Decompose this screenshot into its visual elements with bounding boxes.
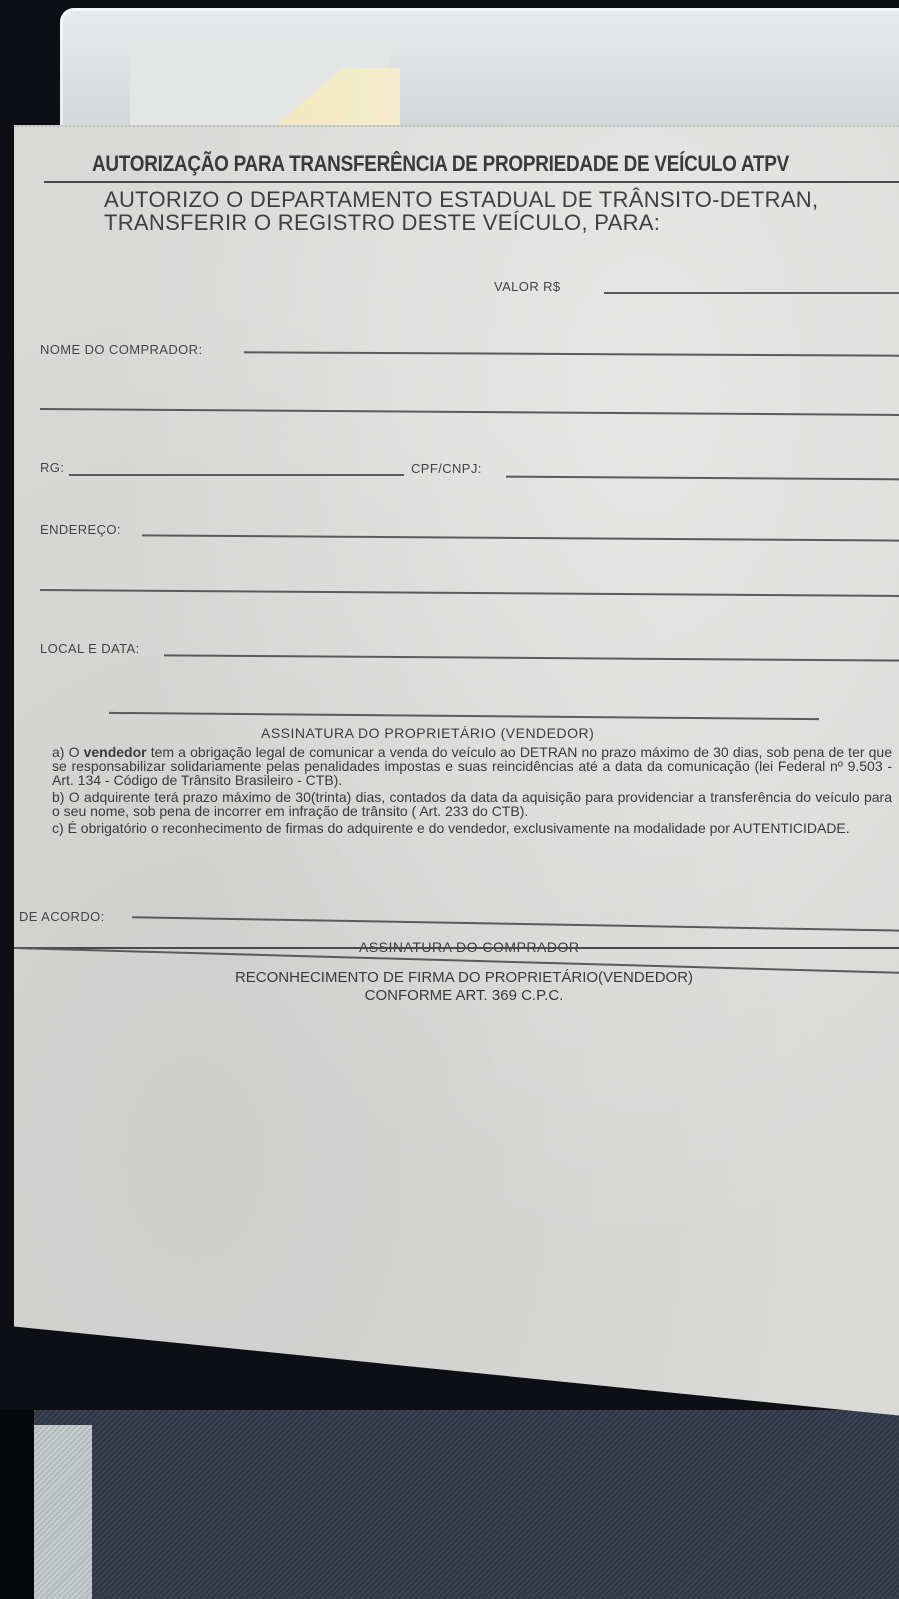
seller-signature-line[interactable] <box>109 712 819 720</box>
address-label: ENDEREÇO: <box>40 522 121 537</box>
form-title: AUTORIZAÇÃO PARA TRANSFERÊNCIA DE PROPRI… <box>92 151 789 177</box>
light-fabric-strip <box>34 1425 92 1599</box>
notary-recognition-box <box>12 947 899 1419</box>
rg-field[interactable] <box>69 474 404 476</box>
rg-label: RG: <box>40 460 64 475</box>
note-b: b) O adquirente terá prazo máximo de 30(… <box>52 790 892 818</box>
de-acordo-label: DE ACORDO: <box>19 909 105 924</box>
title-divider <box>44 181 899 183</box>
note-c: c) É obrigatório o reconhecimento de fir… <box>52 821 892 835</box>
place-date-label: LOCAL E DATA: <box>40 641 140 656</box>
address-field[interactable] <box>142 534 899 541</box>
buyer-name-label: NOME DO COMPRADOR: <box>40 342 202 357</box>
buyer-signature-line[interactable] <box>132 916 899 931</box>
valor-field[interactable] <box>604 292 899 294</box>
dark-background-edge <box>0 1410 34 1599</box>
address-field-line-2[interactable] <box>40 589 899 597</box>
atpv-form: AUTORIZAÇÃO PARA TRANSFERÊNCIA DE PROPRI… <box>14 125 899 1417</box>
place-date-field[interactable] <box>164 654 899 661</box>
buyer-name-field[interactable] <box>244 351 899 356</box>
cpf-cnpj-label: CPF/CNPJ: <box>411 461 482 476</box>
notary-box-title-line-2: CONFORME ART. 369 C.P.C. <box>84 987 844 1004</box>
valor-label: VALOR R$ <box>494 279 561 294</box>
buyer-name-field-line-2[interactable] <box>40 408 899 416</box>
legal-notes: a) O vendedor tem a obrigação legal de c… <box>52 745 892 838</box>
cpf-cnpj-field[interactable] <box>506 476 899 480</box>
note-a: a) O vendedor tem a obrigação legal de c… <box>52 745 892 787</box>
seller-signature-caption: ASSINATURA DO PROPRIETÁRIO (VENDEDOR) <box>261 725 594 741</box>
notary-box-title-line-1: RECONHECIMENTO DE FIRMA DO PROPRIETÁRIO(… <box>84 969 844 986</box>
denim-background <box>0 1410 899 1599</box>
authorization-line-2: TRANSFERIR O REGISTRO DESTE VEÍCULO, PAR… <box>104 210 660 236</box>
